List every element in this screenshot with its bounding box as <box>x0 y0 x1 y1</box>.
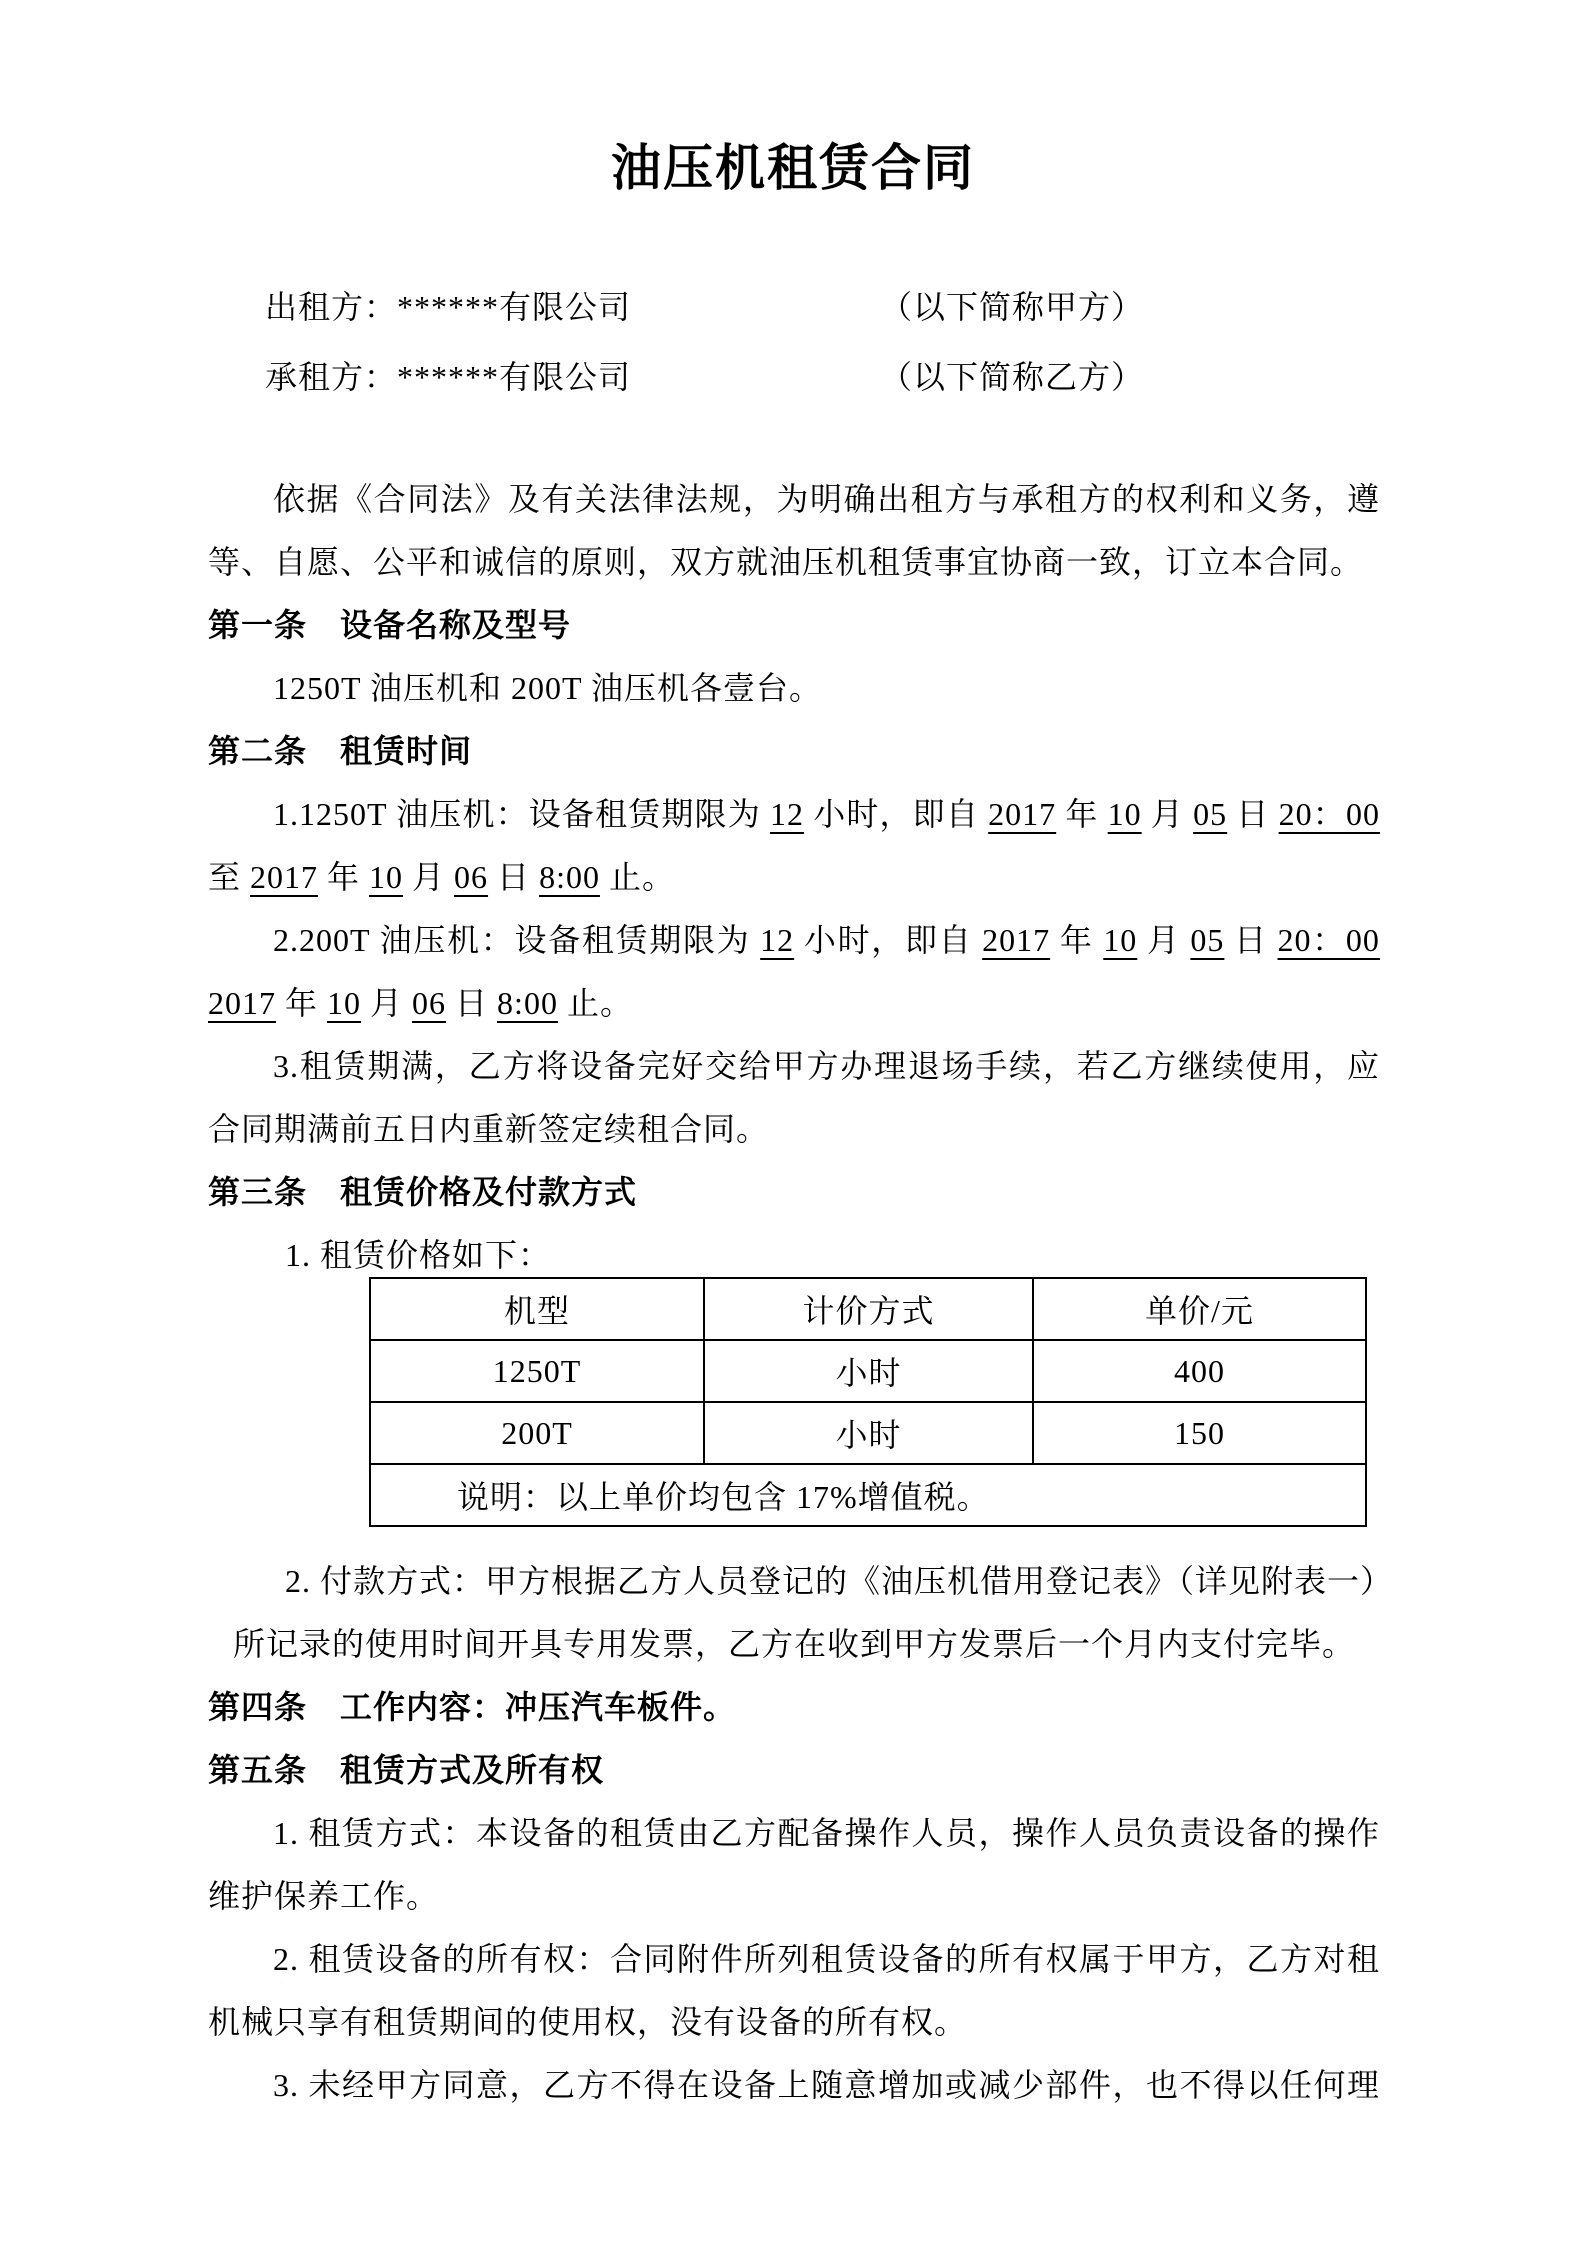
clause2-item3-line2: 合同期满前五日内重新签定续租合同。 <box>208 1109 769 1149</box>
clause2-item2-line1: 2.200T 油压机：设备租赁期限为 12 小时，即自 2017 年 10 月 … <box>273 920 1380 964</box>
clause1-heading: 第一条 设备名称及型号 <box>208 605 571 645</box>
lessee-short-name: （以下简称乙方） <box>880 357 1144 397</box>
cell-price-1250t: 400 <box>1033 1340 1366 1402</box>
cell-model-200t: 200T <box>370 1402 704 1464</box>
contract-page: 油压机租赁合同 出租方：******有限公司 （以下简称甲方） 承租方：****… <box>0 0 1586 2244</box>
lessor-line: 出租方：******有限公司 <box>265 287 631 327</box>
clause3-item2-line2: 所记录的使用时间开具专用发票，乙方在收到甲方发票后一个月内支付完毕。 <box>233 1624 1355 1664</box>
price-table-row-1250t: 1250T 小时 400 <box>370 1340 1366 1402</box>
clause2-item1-line1: 1.1250T 油压机：设备租赁期限为 12 小时，即自 2017 年 10 月… <box>273 794 1380 838</box>
price-table-note: 说明：以上单价均包含 17%增值税。 <box>370 1464 1366 1526</box>
clause4-heading: 第四条 工作内容：冲压汽车板件。 <box>208 1687 736 1727</box>
clause2-heading: 第二条 租赁时间 <box>208 731 472 771</box>
clause2-item1-line2: 至 2017 年 10 月 06 日 8:00 止。 <box>208 857 675 897</box>
lessor-short-name: （以下简称甲方） <box>880 287 1144 327</box>
clause5-item3-line1: 3. 未经甲方同意，乙方不得在设备上随意增加或减少部件，也不得以任何理由 <box>273 2065 1380 2109</box>
clause3-item2-line1: 2. 付款方式：甲方根据乙方人员登记的《油压机借用登记表》（详见附表一） <box>285 1561 1380 1601</box>
cell-model-1250t: 1250T <box>370 1340 704 1402</box>
cell-billing-1250t: 小时 <box>704 1340 1033 1402</box>
preamble-line-2: 等、自愿、公平和诚信的原则，双方就油压机租赁事宜协商一致，订立本合同。 <box>208 542 1363 582</box>
price-table: 机型 计价方式 单价/元 1250T 小时 400 200T 小时 150 说明… <box>369 1277 1367 1527</box>
clause3-heading: 第三条 租赁价格及付款方式 <box>208 1172 637 1212</box>
clause2-item2-line2: 2017 年 10 月 06 日 8:00 止。 <box>208 983 633 1023</box>
clause3-item1: 1. 租赁价格如下： <box>285 1235 551 1275</box>
price-table-header-billing: 计价方式 <box>704 1278 1033 1340</box>
clause5-item1-line1: 1. 租赁方式：本设备的租赁由乙方配备操作人员，操作人员负责设备的操作和 <box>273 1813 1380 1857</box>
lessee-line: 承租方：******有限公司 <box>265 357 631 397</box>
clause5-item2-line1: 2. 租赁设备的所有权：合同附件所列租赁设备的所有权属于甲方，乙方对租赁 <box>273 1939 1380 1983</box>
clause5-heading: 第五条 租赁方式及所有权 <box>208 1750 604 1790</box>
clause5-item2-line2: 机械只享有租赁期间的使用权，没有设备的所有权。 <box>208 2002 967 2042</box>
clause5-item1-line2: 维护保养工作。 <box>208 1876 439 1916</box>
price-table-row-200t: 200T 小时 150 <box>370 1402 1366 1464</box>
price-table-header-unit-price: 单价/元 <box>1033 1278 1366 1340</box>
clause1-body: 1250T 油压机和 200T 油压机各壹台。 <box>273 668 822 708</box>
preamble-line-1: 依据《合同法》及有关法律法规，为明确出租方与承租方的权利和义务，遵循平 <box>273 479 1380 523</box>
document-title: 油压机租赁合同 <box>0 136 1586 200</box>
price-table-note-row: 说明：以上单价均包含 17%增值税。 <box>370 1464 1366 1526</box>
price-table-header-row: 机型 计价方式 单价/元 <box>370 1278 1366 1340</box>
cell-billing-200t: 小时 <box>704 1402 1033 1464</box>
price-table-header-model: 机型 <box>370 1278 704 1340</box>
clause2-item3-line1: 3.租赁期满，乙方将设备完好交给甲方办理退场手续，若乙方继续使用，应在本 <box>273 1046 1380 1090</box>
cell-price-200t: 150 <box>1033 1402 1366 1464</box>
